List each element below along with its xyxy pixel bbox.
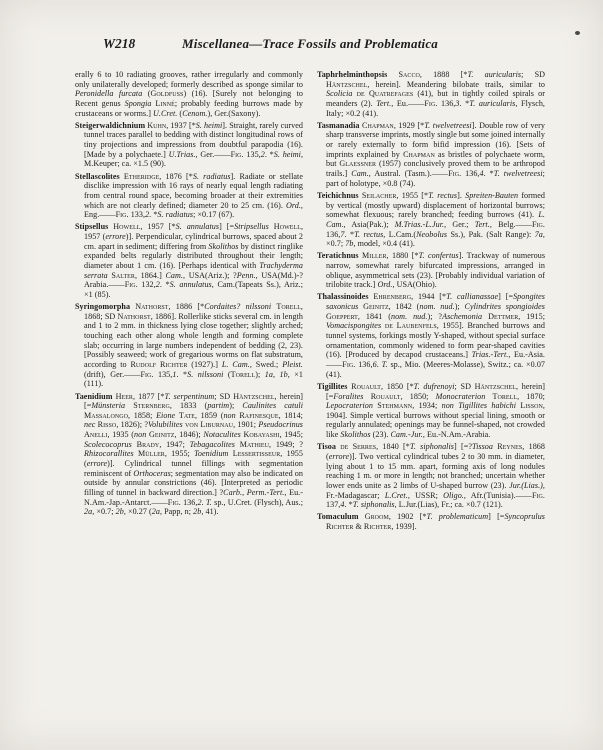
running-title: Miscellanea—Trace Fossils and Problemati… <box>75 36 545 52</box>
genus-entry: Tisoa de Serres, 1840 [*T. siphonalis] [… <box>317 442 545 510</box>
two-column-text: erally 6 to 10 radiating grooves, rather… <box>75 70 545 534</box>
genus-entry: Stipsellus Howell, 1957 [*S. annulatus] … <box>75 222 303 299</box>
genus-entry: Syringomorpha Nathorst, 1886 [*Cordaites… <box>75 302 303 389</box>
genus-entry: Steigerwaldichnium Kuhn, 1937 [*S. heimi… <box>75 121 303 169</box>
left-column: erally 6 to 10 radiating grooves, rather… <box>75 70 303 534</box>
genus-entry: Tasmanadia Chapman, 1929 [*T. twelvetree… <box>317 121 545 189</box>
genus-entry: Tigillites Rouault, 1850 [*T. dufrenoyi;… <box>317 382 545 440</box>
text-block: W218 Miscellanea—Trace Fossils and Probl… <box>75 36 545 534</box>
genus-entry: Teratichnus Miller, 1880 [*T. confertus]… <box>317 251 545 290</box>
continuation-paragraph: erally 6 to 10 radiating grooves, rather… <box>75 70 303 118</box>
ink-speck-artifact <box>575 31 580 35</box>
genus-entry: Stellascolites Etheridge, 1876 [*S. radi… <box>75 172 303 220</box>
right-column: Taphrhelminthopsis Sacco, 1888 [*T. auri… <box>317 70 545 534</box>
genus-entry: Taenidium Heer, 1877 [*T. serpentinum; S… <box>75 392 303 518</box>
genus-entry: Teichichnus Seilacher, 1955 [*T. rectus]… <box>317 191 545 249</box>
genus-entry: Thalassinoides Ehrenberg, 1944 [*T. call… <box>317 292 545 379</box>
genus-entry: Taphrhelminthopsis Sacco, 1888 [*T. auri… <box>317 70 545 118</box>
scanned-page: W218 Miscellanea—Trace Fossils and Probl… <box>0 0 603 750</box>
page-header: W218 Miscellanea—Trace Fossils and Probl… <box>75 36 545 56</box>
genus-entry: Tomaculum Groom, 1902 [*T. problematicum… <box>317 512 545 531</box>
